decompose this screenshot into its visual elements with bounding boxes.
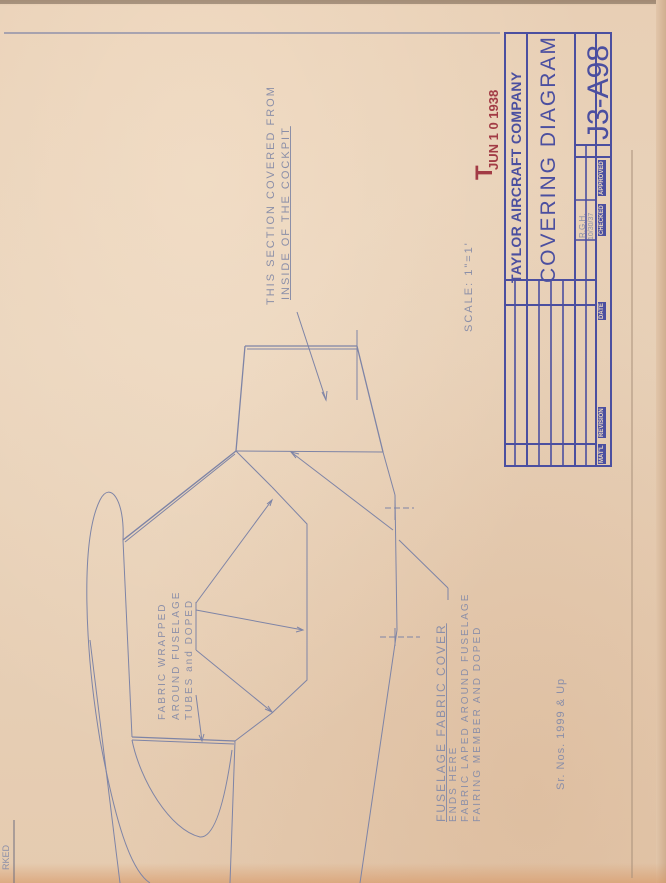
company-name: TAYLOR AIRCRAFT COMPANY [508, 72, 524, 283]
drawn-by: R.G.H. [578, 214, 587, 238]
drawing-title: COVERING DIAGRAM [537, 35, 561, 283]
field-label-revision: REVISION [598, 407, 606, 438]
field-label-approved: APPROVED [598, 160, 606, 196]
drawn-date: 10/30/37 [588, 213, 595, 240]
field-label-material: MAT'L [598, 444, 606, 464]
field-label-date: DATE [598, 302, 606, 320]
title-block [0, 0, 666, 883]
field-label-checked: CHECKED [598, 204, 606, 236]
drawing-number: J3-A98 [582, 45, 616, 140]
